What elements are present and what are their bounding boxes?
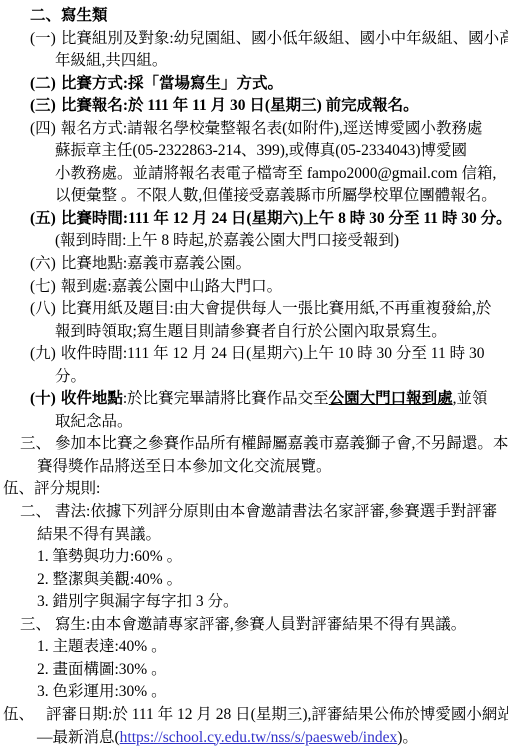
school-website-link[interactable]: https://school.cy.edu.tw/nss/s/paesweb/i… <box>120 729 398 746</box>
item-9-cont: 分。 <box>0 366 508 389</box>
section-review-date: 伍、評審日期:於 111 年 12 月 28 日(星期三),評審結果公佈於博愛國… <box>0 704 508 727</box>
sketch-criterion-2-text: 2. 畫面構圖:30% 。 <box>37 661 167 678</box>
document-page: 二、寫生類 (一)比賽組別及對象:幼兒園組、國小低年級組、國小中年級組、國小高 … <box>0 0 508 755</box>
item-4-cont-1-text: 蘇振章主任(05-2322863-214、399),或傳真(05-2334043… <box>55 142 467 159</box>
item-4-registration-method: (四)報名方式:請報名學校彙整報名表(如附件),逕送博愛國小教務處 <box>0 118 508 141</box>
heading-sketch-category-text: 二、寫生類 <box>30 7 108 24</box>
item-8-marker: (八) <box>30 298 56 321</box>
review-closing-text: )。 <box>397 729 418 746</box>
item-10-cont: 取紀念品。 <box>0 411 508 434</box>
note-ownership-cont: 賽得獎作品將送至日本參加文化交流展覽。 <box>0 456 508 479</box>
item-1-groups-cont: 年級組,共四組。 <box>0 50 508 73</box>
section-review-date-marker: 伍、 <box>3 704 34 727</box>
calligraphy-criterion-1: 1. 筆勢與功力:60% 。 <box>0 546 508 569</box>
item-1-cont-text: 年級組,共四組。 <box>55 52 167 69</box>
item-8-text: 比賽用紙及題目:由大會提供每人一張比賽用紙,不再重複發給,於 <box>61 300 492 317</box>
item-6-location: (六)比賽地點:嘉義市嘉義公園。 <box>0 253 508 276</box>
scoring-sketch-text: 寫生:由本會邀請專家評審,參賽人員對評審結果不得有異議。 <box>55 616 466 633</box>
item-10-dropoff-highlight: 公園大門口報到處 <box>329 390 453 407</box>
sketch-criterion-1: 1. 主題表達:40% 。 <box>0 636 508 659</box>
item-5-marker: (五) <box>30 208 56 231</box>
review-latest-news-text: —最新消息( <box>37 729 120 746</box>
item-4-text: 報名方式:請報名學校彙整報名表(如附件),逕送博愛國小教務處 <box>61 120 483 137</box>
scoring-sketch-marker: 三、 <box>20 614 51 637</box>
item-4-cont-2: 小教務處。並請將報名表電子檔寄至 fampo2000@gmail.com 信箱, <box>0 163 508 186</box>
calligraphy-criterion-2-text: 2. 整潔與美觀:40% 。 <box>37 571 182 588</box>
item-9-text: 收件時間:111 年 12 月 24 日(星期六)上午 10 時 30 分至 1… <box>61 345 485 362</box>
item-5-competition-time: (五)比賽時間:111 年 12 月 24 日(星期六)上午 8 時 30 分至… <box>0 208 508 231</box>
scoring-sketch: 三、寫生:由本會邀請專家評審,參賽人員對評審結果不得有異議。 <box>0 614 508 637</box>
item-4-cont-1: 蘇振章主任(05-2322863-214、399),或傳真(05-2334043… <box>0 140 508 163</box>
item-8-cont: 報到時領取;寫生題目則請參賽者自行於公園內取景寫生。 <box>0 321 508 344</box>
calligraphy-criterion-3-text: 3. 錯別字與漏字每字扣 3 分。 <box>37 593 239 610</box>
sketch-criterion-2: 2. 畫面構圖:30% 。 <box>0 659 508 682</box>
section-review-date-text: 評審日期:於 111 年 12 月 28 日(星期三),評審結果公佈於博愛國小網… <box>46 706 508 723</box>
item-1-text: 比賽組別及對象:幼兒園組、國小低年級組、國小中年級組、國小高 <box>61 30 508 47</box>
calligraphy-criterion-3: 3. 錯別字與漏字每字扣 3 分。 <box>0 591 508 614</box>
section-scoring-rules-text: 伍、評分規則: <box>3 480 100 497</box>
item-8-paper-and-topic: (八)比賽用紙及題目:由大會提供每人一張比賽用紙,不再重複發給,於 <box>0 298 508 321</box>
item-9-cont-text: 分。 <box>55 368 86 385</box>
item-10-text-1: :於比賽完畢請將比賽作品交至 <box>123 390 329 407</box>
item-7-checkin-point: (七)報到處:嘉義公園中山路大門口。 <box>0 276 508 299</box>
item-10-cont-text: 取紀念品。 <box>55 413 133 430</box>
scoring-calligraphy-text: 書法:依據下列評分原則由本會邀請書法名家評審,參賽選手對評審 <box>55 503 497 520</box>
calligraphy-criterion-2: 2. 整潔與美觀:40% 。 <box>0 569 508 592</box>
item-2-format: (二)比賽方式:採「當場寫生」方式。 <box>0 73 508 96</box>
item-6-text: 比賽地點:嘉義市嘉義公園。 <box>61 255 251 272</box>
scoring-calligraphy-cont: 結果不得有異議。 <box>0 524 508 547</box>
item-10-collection-location: (十)收件地點:於比賽完畢請將比賽作品交至公園大門口報到處,並領 <box>0 388 508 411</box>
item-10-marker: (十) <box>30 388 56 411</box>
item-5-checkin-note-text: (報到時間:上午 8 時起,於嘉義公園大門口接受報到) <box>55 232 399 249</box>
sketch-criterion-3: 3. 色彩運用:30% 。 <box>0 681 508 704</box>
item-4-marker: (四) <box>30 118 56 141</box>
item-3-registration-deadline: (三)比賽報名:於 111 年 11 月 30 日(星期三) 前完成報名。 <box>0 95 508 118</box>
note-ownership-marker: 三、 <box>20 433 51 456</box>
item-9-marker: (九) <box>30 343 56 366</box>
item-4-cont-3-text: 以便彙整 。不限人數,但僅接受嘉義縣市所屬學校單位團體報名。 <box>55 187 497 204</box>
section-scoring-rules: 伍、評分規則: <box>0 478 508 501</box>
sketch-criterion-3-text: 3. 色彩運用:30% 。 <box>37 683 167 700</box>
item-7-text: 報到處:嘉義公園中山路大門口。 <box>61 278 282 295</box>
heading-sketch-category: 二、寫生類 <box>0 5 508 28</box>
scoring-calligraphy: 二、書法:依據下列評分原則由本會邀請書法名家評審,參賽選手對評審 <box>0 501 508 524</box>
item-5-text: 比賽時間:111 年 12 月 24 日(星期六)上午 8 時 30 分至 11… <box>61 210 508 227</box>
item-10-text-2: ,並領 <box>453 390 488 407</box>
item-9-collection-time: (九)收件時間:111 年 12 月 24 日(星期六)上午 10 時 30 分… <box>0 343 508 366</box>
item-4-cont-3: 以便彙整 。不限人數,但僅接受嘉義縣市所屬學校單位團體報名。 <box>0 185 508 208</box>
item-2-text: 比賽方式:採「當場寫生」方式。 <box>61 75 283 92</box>
calligraphy-criterion-1-text: 1. 筆勢與功力:60% 。 <box>37 548 182 565</box>
sketch-criterion-1-text: 1. 主題表達:40% 。 <box>37 638 167 655</box>
item-1-groups: (一)比賽組別及對象:幼兒園組、國小低年級組、國小中年級組、國小高 <box>0 28 508 51</box>
note-ownership-cont-text: 賽得獎作品將送至日本參加文化交流展覽。 <box>37 458 332 475</box>
item-3-marker: (三) <box>30 95 56 118</box>
item-2-marker: (二) <box>30 73 56 96</box>
note-ownership-text: 參加本比賽之參賽作品所有權歸屬嘉義市嘉義獅子會,不另歸還。本比 <box>55 435 508 452</box>
item-8-cont-text: 報到時領取;寫生題目則請參賽者自行於公園內取景寫生。 <box>55 323 447 340</box>
note-ownership: 三、參加本比賽之參賽作品所有權歸屬嘉義市嘉義獅子會,不另歸還。本比 <box>0 433 508 456</box>
item-1-marker: (一) <box>30 28 56 51</box>
item-3-text: 比賽報名:於 111 年 11 月 30 日(星期三) 前完成報名。 <box>61 97 419 114</box>
scoring-calligraphy-marker: 二、 <box>20 501 51 524</box>
item-5-checkin-note: (報到時間:上午 8 時起,於嘉義公園大門口接受報到) <box>0 230 508 253</box>
item-6-marker: (六) <box>30 253 56 276</box>
item-10-label: 收件地點 <box>61 390 123 407</box>
scoring-calligraphy-cont-text: 結果不得有異議。 <box>37 526 161 543</box>
item-7-marker: (七) <box>30 276 56 299</box>
item-4-cont-2-text: 小教務處。並請將報名表電子檔寄至 fampo2000@gmail.com 信箱, <box>55 165 496 182</box>
section-review-date-cont: —最新消息(https://school.cy.edu.tw/nss/s/pae… <box>0 727 508 750</box>
